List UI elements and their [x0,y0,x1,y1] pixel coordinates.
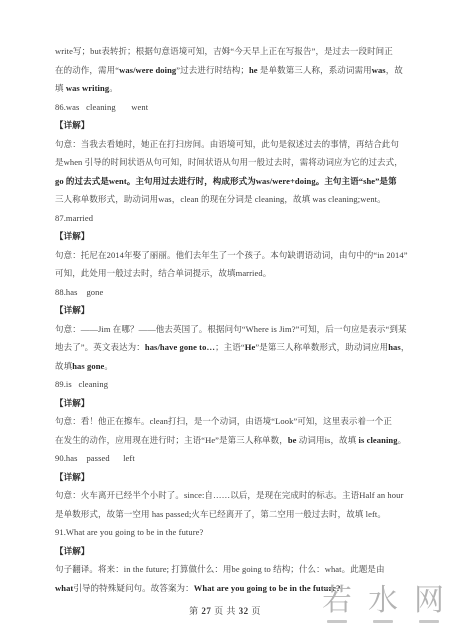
footer-text-part: 页 共 [211,606,238,616]
text-run: 动词用is，故填 [297,435,359,445]
answer-line: 90.has passed left [55,449,401,468]
text-run: 87.married [55,213,93,223]
watermark-subtext-mark [419,620,439,623]
text-line: 在发生的动作，应用现在进行时；主语“He”是第三人称单数，be 动词用is，故填… [55,431,401,450]
text-line: 句意：火车离开已经半个小时了。since:自……以后，是现在完成时的标志。主语H… [55,486,401,505]
text-line: write写；but表转折；根据句意语境可知，吉姆“今天早上正在写报告”，是过去… [55,42,401,61]
text-run: he [249,65,258,75]
document-body: write写；but表转折；根据句意语境可知，吉姆“今天早上正在写报告”，是过去… [55,42,401,597]
text-run: 88.has gone [55,287,103,297]
text-line: 句子翻译。将来：in the future; 打算做什么：用be going t… [55,560,401,579]
text-run: was writing [66,83,109,93]
footer-page-number: 27 [201,606,211,616]
text-run: 在发生的动作，应用现在进行时；主语“He”是第三人称单数， [55,435,288,445]
watermark-char: 网 [414,584,444,618]
watermark-subtext-mark [373,620,393,623]
text-run: 89.is cleaning [55,379,108,389]
text-run: What are you going to be in the future? [194,583,341,593]
answer-line: 87.married [55,209,401,228]
text-run: 句子翻译。将来：in the future; 打算做什么：用be going t… [55,564,385,574]
text-run: 【详解】 [55,398,89,408]
text-run: has gone [72,361,104,371]
text-run: 引导的特殊疑问句。故答案为： [73,583,193,593]
answer-line: 91.What are you going to be in the futur… [55,523,401,542]
text-run: 句意：当我去看她时，她正在打扫房间。由语境可知，此句是叙述过去的事情，再结合此句 [55,139,399,149]
detail-label: 【详解】 [55,394,401,413]
watermark-column: 水 [368,584,398,623]
text-line: 是when 引导的时间状语从句可知，时间状语从句用一般过去时，需将动词应为它的过… [55,153,401,172]
watermark-subtext-mark [327,620,347,623]
text-run: 三人称单数形式，助动词用was，clean 的现在分词是 cleaning，故填… [55,194,386,204]
text-run: 90.has passed left [55,453,135,463]
text-line: go 的过去式是went。主句用过去进行时，构成形式为was/were+doin… [55,172,401,191]
answer-line: 86.was cleaning went [55,98,401,117]
detail-label: 【详解】 [55,116,401,135]
answer-line: 89.is cleaning [55,375,401,394]
text-line: 句意：看！他正在擦车。clean打扫，是一个动词，由语境“Look”可知，这里表… [55,412,401,431]
detail-label: 【详解】 [55,468,401,487]
text-run: has [388,342,401,352]
text-run: ， [401,342,410,352]
text-run: has/have gone to… [145,342,215,352]
text-run: 【详解】 [55,120,89,130]
text-run: 是单数第三人称，系动词需用 [258,65,372,75]
text-line: 填 was writing。 [55,79,401,98]
text-run: He [245,342,256,352]
document-page: write写；but表转折；根据句意语境可知，吉姆“今天早上正在写报告”，是过去… [0,0,450,637]
text-run: 【详解】 [55,231,89,241]
text-run: 。 [398,435,407,445]
text-run: 句意：看！他正在擦车。clean打扫，是一个动词，由语境“Look”可知，这里表… [55,416,392,426]
text-line: 地去了”。英文表达为：has/have gone to…；主语“He”是第三人称… [55,338,401,357]
text-run: 填 [55,83,66,93]
text-run: was [372,65,386,75]
text-run: 91.What are you going to be in the futur… [55,527,203,537]
footer-text-part: 第 [189,606,201,616]
text-line: 是单数形式，故第一空用 has passed;火车已经离开了，第二空用一般过去时… [55,505,401,524]
text-run: write写；but表转折；根据句意语境可知，吉姆“今天早上正在写报告”，是过去… [55,46,393,56]
text-run: 86.was cleaning went [55,102,148,112]
text-run: is cleaning [358,435,397,445]
text-run: go 的过去式是went。主句用过去进行时，构成形式为was/were+doin… [55,176,397,186]
text-run: 是when 引导的时间状语从句可知，时间状语从句用一般过去时，需将动词应为它的过… [55,157,403,167]
text-run: what [55,583,73,593]
text-run: 【详解】 [55,472,89,482]
text-run: 是单数形式，故第一空用 has passed;火车已经离开了，第二空用一般过去时… [55,509,386,519]
text-run: 【详解】 [55,546,89,556]
text-line: 故填has gone。 [55,357,401,376]
text-run: 故填 [55,361,72,371]
text-run: 。 [109,83,118,93]
text-run: ”是第三人称单数形式，助动词应用 [255,342,388,352]
answer-line: 88.has gone [55,283,401,302]
footer-text-part: 页 [249,606,261,616]
text-run: 可知，此处用一般过去时，结合单词提示，故填married。 [55,268,271,278]
text-run: ；主语“ [215,342,245,352]
detail-label: 【详解】 [55,227,401,246]
text-run: 句意：托尼在2014年娶了丽丽。他们去年生了一个孩子。本句缺谓语动词，由句中的“… [55,250,408,260]
watermark-char: 水 [368,584,398,618]
footer-total-pages: 32 [239,606,249,616]
watermark-char: 若 [322,584,352,618]
text-run: 。 [104,361,113,371]
text-run: 句意：——Jim 在哪？——他去英国了。根据问句“Where is Jim?”可… [55,324,407,334]
text-run: 句意：火车离开已经半个小时了。since:自……以后，是现在完成时的标志。主语H… [55,490,403,500]
text-line: 句意：当我去看她时，她正在打扫房间。由语境可知，此句是叙述过去的事情，再结合此句 [55,135,401,154]
watermark-column: 若 [322,584,352,623]
watermark: 若 水 网 [322,584,444,623]
text-line: 句意：托尼在2014年娶了丽丽。他们去年生了一个孩子。本句缺谓语动词，由句中的“… [55,246,401,265]
watermark-column: 网 [414,584,444,623]
text-run: was/were doing [119,65,176,75]
text-line: 句意：——Jim 在哪？——他去英国了。根据问句“Where is Jim?”可… [55,320,401,339]
detail-label: 【详解】 [55,301,401,320]
text-run: ，故 [386,65,403,75]
text-run: ”过去进行时结构； [176,65,249,75]
text-line: 在的动作，需用“was/were doing”过去进行时结构；he 是单数第三人… [55,61,401,80]
text-line: 三人称单数形式，助动词用was，clean 的现在分词是 cleaning，故填… [55,190,401,209]
text-run: 【详解】 [55,305,89,315]
detail-label: 【详解】 [55,542,401,561]
text-run: 在的动作，需用“ [55,65,119,75]
text-line: 可知，此处用一般过去时，结合单词提示，故填married。 [55,264,401,283]
text-run: 地去了”。英文表达为： [55,342,145,352]
text-run: be [288,435,297,445]
